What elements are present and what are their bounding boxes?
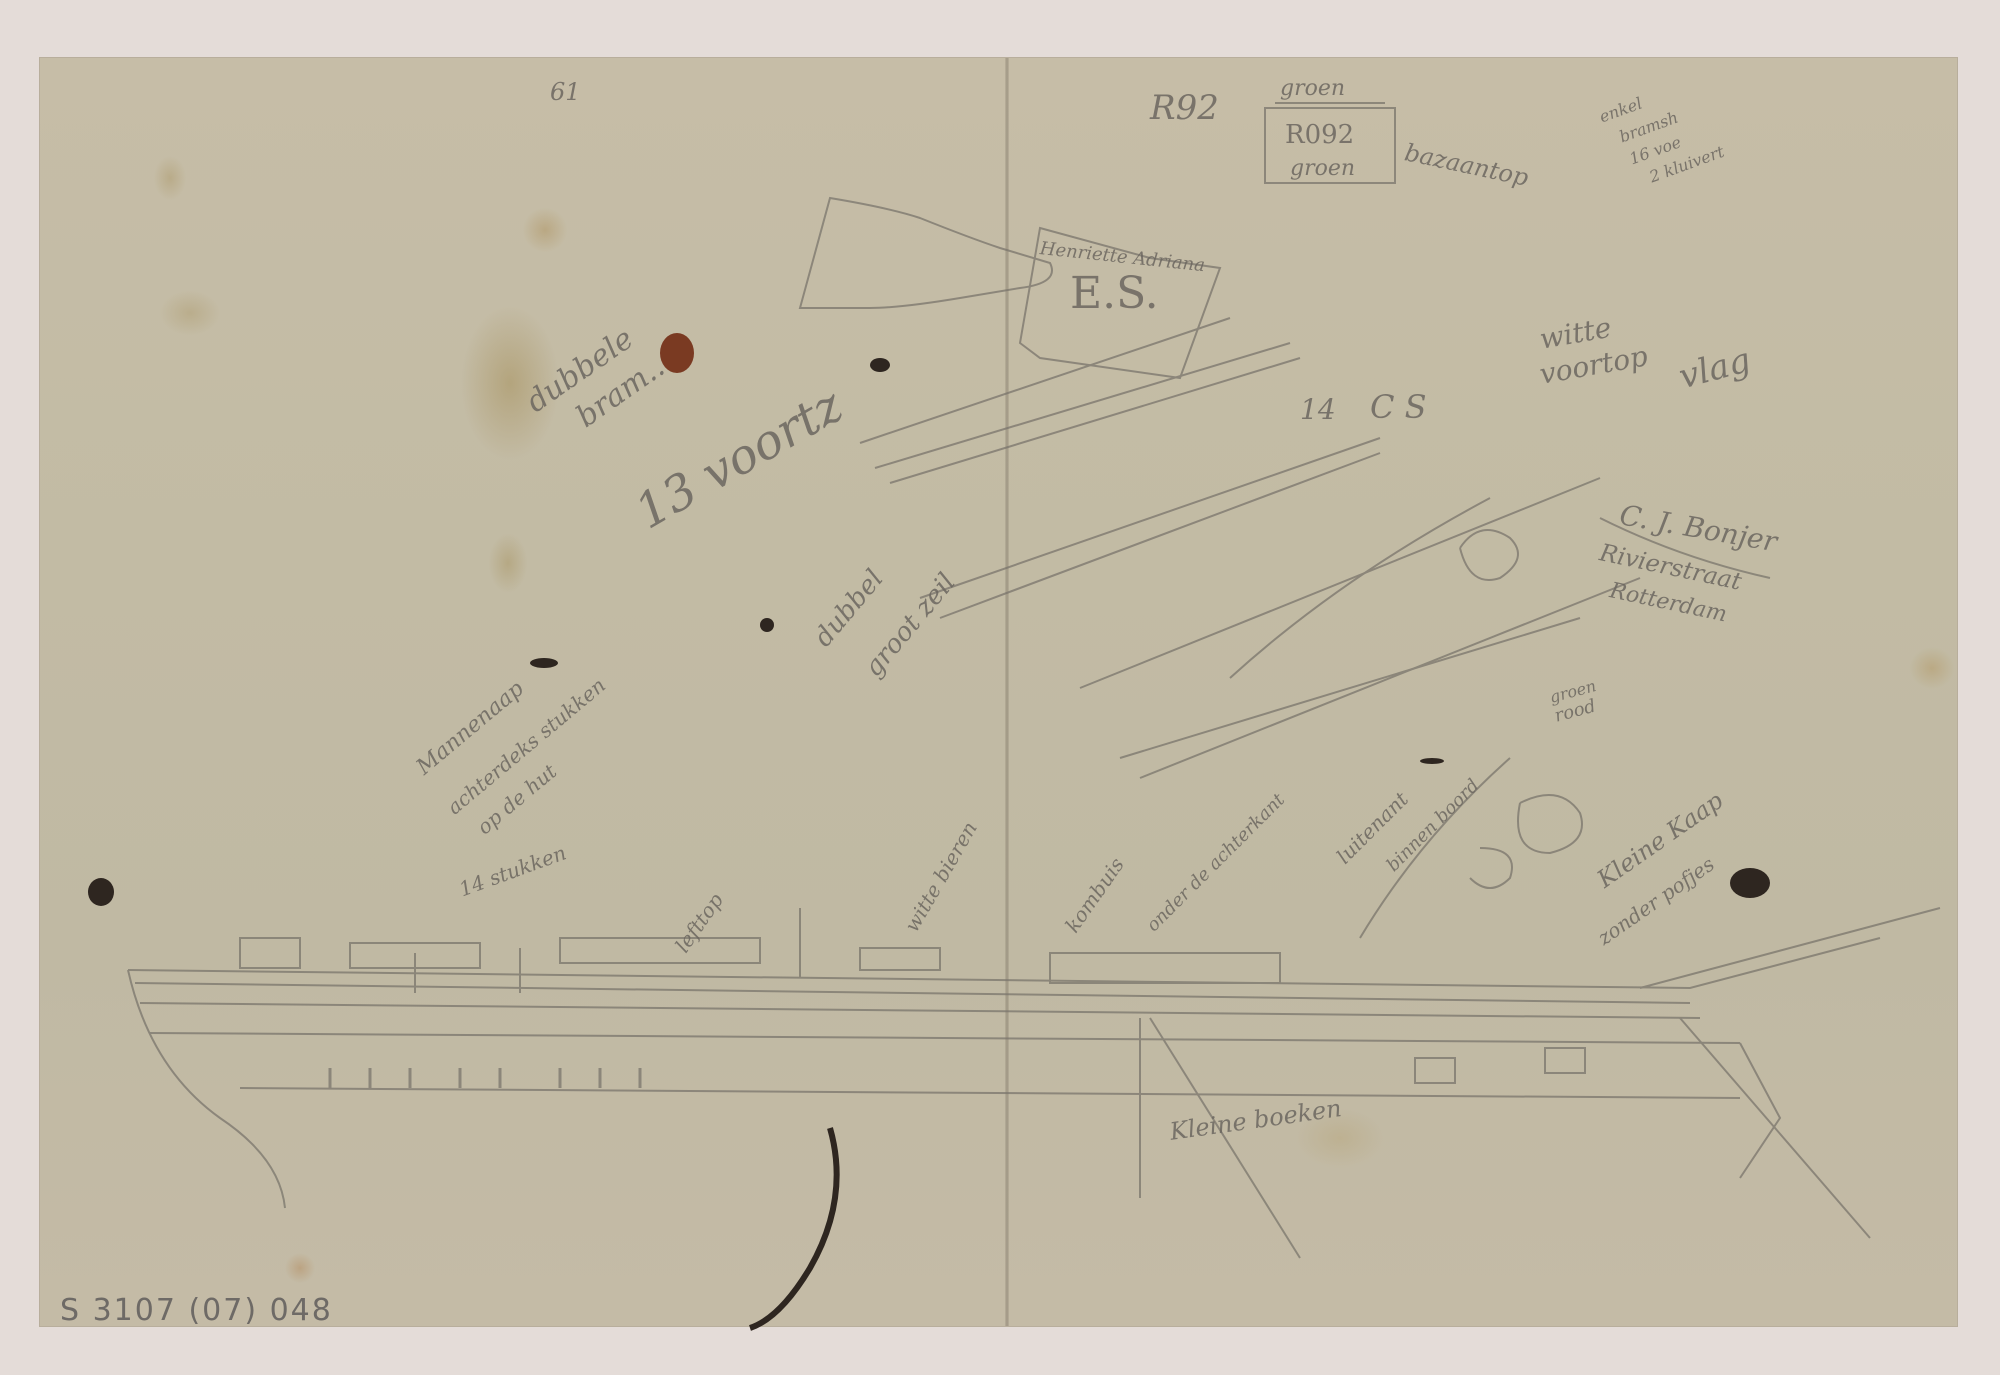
note-cs: C S <box>1370 388 1427 426</box>
ink-spot <box>1420 758 1444 764</box>
flag-box-center-label: R092 <box>1285 120 1354 150</box>
ship-drawing <box>40 58 1957 1326</box>
drawing-sheet: 61 R92 groen R092 groen bazaantop enkel … <box>40 58 1957 1326</box>
note-r92: R92 <box>1150 88 1219 128</box>
red-wax-spot <box>660 333 694 373</box>
note-14: 14 <box>1300 393 1336 426</box>
catalog-number: S 3107 (07) 048 <box>60 1293 333 1328</box>
ink-spot <box>1730 868 1770 898</box>
flag-initials: E.S. <box>1070 268 1159 319</box>
ink-spot <box>530 658 558 668</box>
flag-box-top-label: groen <box>1280 76 1345 101</box>
ink-spot <box>760 618 774 632</box>
flag-box-bottom-label: groen <box>1290 156 1355 181</box>
ink-spot <box>870 358 890 372</box>
ink-stroke <box>740 1118 860 1338</box>
note-61: 61 <box>550 78 581 106</box>
ink-spot <box>88 878 114 906</box>
